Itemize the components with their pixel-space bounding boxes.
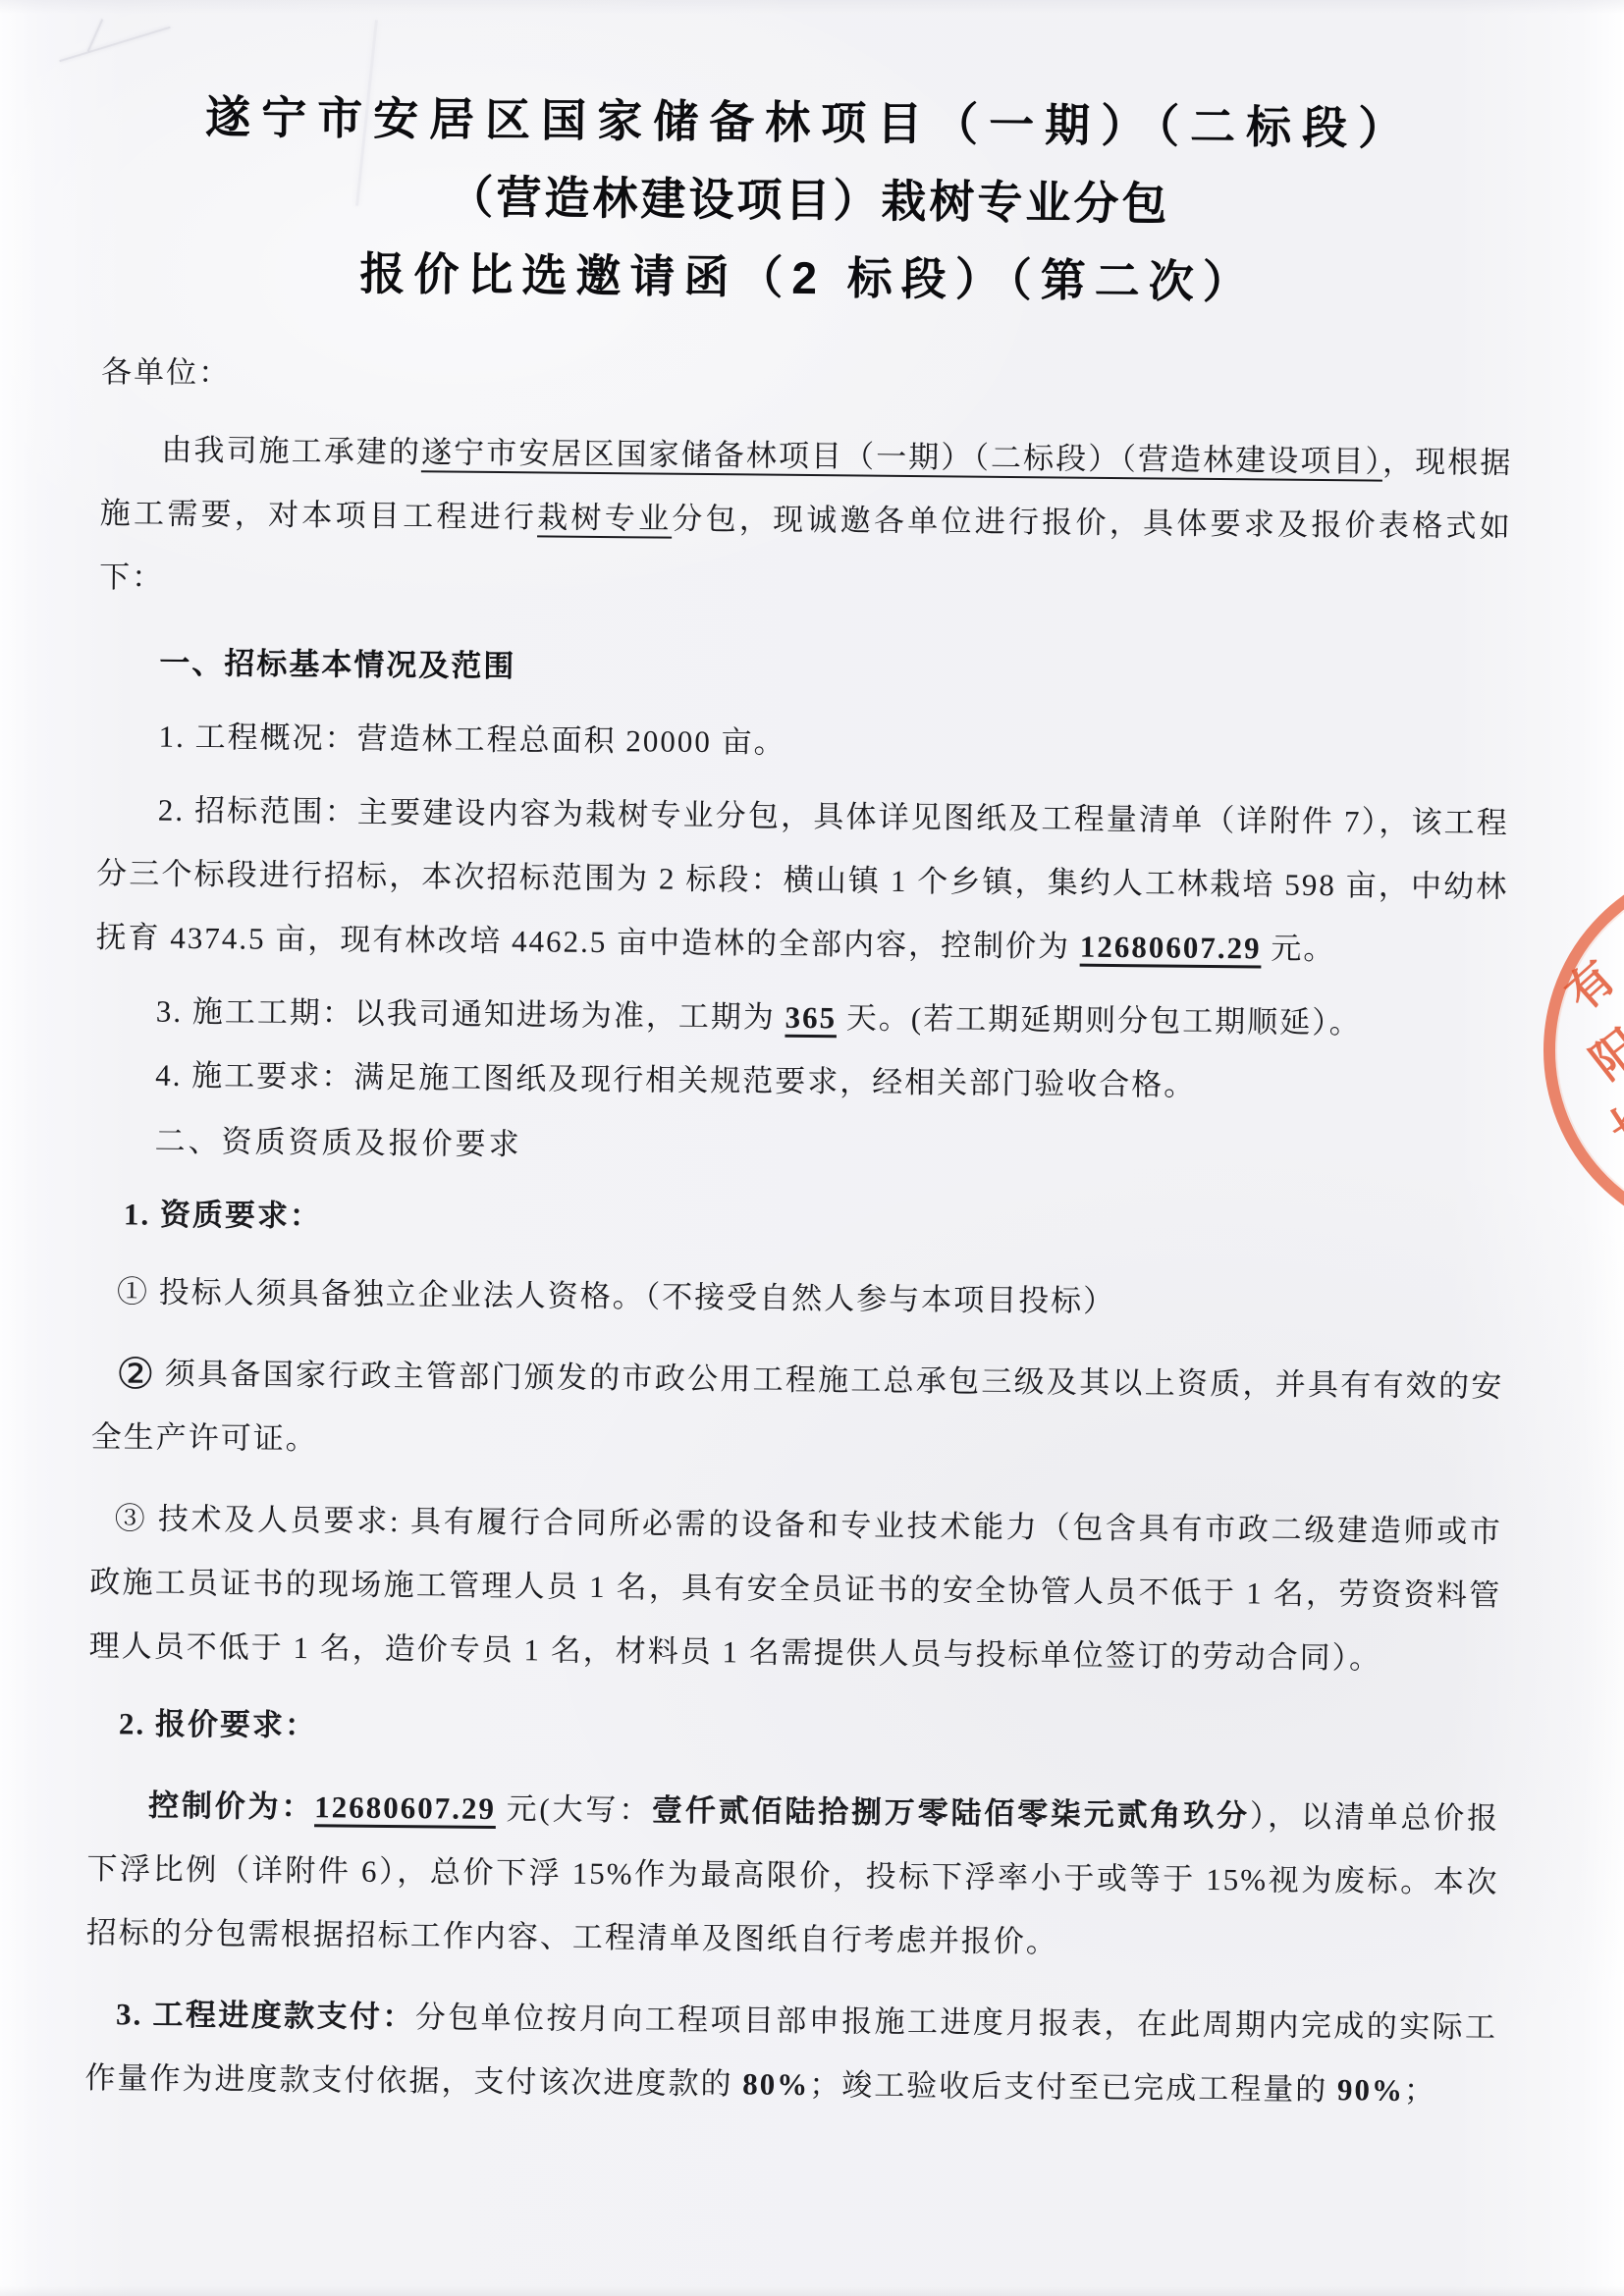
qualification-item-3: ③ 技术及人员要求: 具有履行合同所必需的设备和专业技术能力（包含具有市政二级建…: [88, 1486, 1502, 1691]
title-line-3: 报价比选邀请函（2 标段）（第二次）: [102, 233, 1515, 324]
stamp-ring: [1543, 860, 1624, 1241]
section1-item2: 2. 招标范围：主要建设内容为栽树专业分包，具体详见图纸及工程量清单（详附件 7…: [95, 777, 1509, 983]
progress-payment-paragraph: 3. 工程进度款支付：分包单位按月向工程项目部申报施工进度月报表，在此周期内完成…: [84, 1982, 1497, 2123]
section1-heading: 一、招标基本情况及范围: [98, 630, 1511, 708]
title-line-2: （营造林建设项目）栽树专业分包: [103, 155, 1516, 246]
price-lead: 控制价为：: [148, 1789, 314, 1825]
title-line-1: 遂宁市安居区国家储备林项目（一期）（二标段）: [103, 78, 1516, 169]
qualification-item-2-text: 须具备国家行政主管部门颁发的市政公用工程施工总承包三级及其以上资质，并具有有效的…: [91, 1357, 1504, 1457]
intro-paragraph: 由我司施工承建的遂宁市安居区国家储备林项目（一期）（二标段）（营造林建设项目），…: [99, 417, 1513, 622]
progress-pct-80: 80%: [742, 2066, 809, 2102]
item3-text: 天。(若工期延期则分包工期顺延）。: [837, 1000, 1362, 1040]
document-page: 遂宁市安居区国家储备林项目（一期）（二标段） （营造林建设项目）栽树专业分包 报…: [0, 0, 1624, 2296]
salutation: 各单位：: [101, 340, 1514, 417]
stamp-character: 阳: [1575, 1012, 1624, 1093]
qualification-heading: 1. 资质要求：: [93, 1182, 1506, 1259]
item2-text: 元。: [1261, 931, 1335, 966]
document-content: 遂宁市安居区国家储备林项目（一期）（二标段） （营造林建设项目）栽树专业分包 报…: [84, 78, 1516, 2123]
stamp-character: 有: [1549, 943, 1624, 1023]
duration-days-value: 365: [785, 1000, 837, 1036]
price-text: 元(大写：: [496, 1791, 652, 1828]
section1-item1: 1. 工程概况：营造林工程总面积 20000 亩。: [97, 704, 1510, 781]
subcontract-type-underlined: 栽树专业: [537, 500, 672, 535]
progress-text: ；竣工验收后支付至已完成工程量的: [809, 2067, 1337, 2107]
section1-item4: 4. 施工要求：满足施工图纸及现行相关规范要求，经相关部门验收合格。: [94, 1042, 1507, 1120]
price-amount-chinese: 壹仟贰佰陆拾捌万零陆佰零柒元贰角玖分: [652, 1793, 1250, 1834]
paper-crease: [59, 27, 170, 62]
price-paragraph: 控制价为：12680607.29 元(大写：壹仟贰佰陆拾捌万零陆佰零柒元贰角玖分…: [86, 1773, 1500, 1978]
item3-text: 3. 施工工期：以我司通知进场为准，工期为: [156, 994, 785, 1035]
progress-pct-90: 90%: [1337, 2072, 1404, 2108]
qualification-item-2: ② 须具备国家行政主管部门颁发的市政公用工程施工总承包三级及其以上资质，并具有有…: [90, 1341, 1503, 1482]
qualification-item-1: ① 投标人须具备独立企业法人资格。（不接受自然人参与本项目投标）: [92, 1259, 1505, 1337]
control-price-value: 12680607.29: [1080, 930, 1262, 966]
document-title: 遂宁市安居区国家储备林项目（一期）（二标段） （营造林建设项目）栽树专业分包 报…: [102, 78, 1516, 324]
circled-2-mark: ②: [116, 1350, 155, 1398]
control-price-value: 12680607.29: [314, 1789, 496, 1826]
intro-text: 由我司施工承建的: [161, 433, 421, 470]
section2-heading: 二、资质资质及报价要求: [93, 1108, 1506, 1186]
project-name-underlined: 遂宁市安居区国家储备林项目（一期）（二标段）（营造林建设项目）: [421, 435, 1382, 478]
progress-lead: 3. 工程进度款支付：: [116, 1997, 415, 2034]
progress-text: ；: [1404, 2073, 1436, 2108]
stamp-character: 长: [1595, 1081, 1624, 1161]
price-requirement-heading: 2. 报价要求：: [88, 1691, 1501, 1769]
